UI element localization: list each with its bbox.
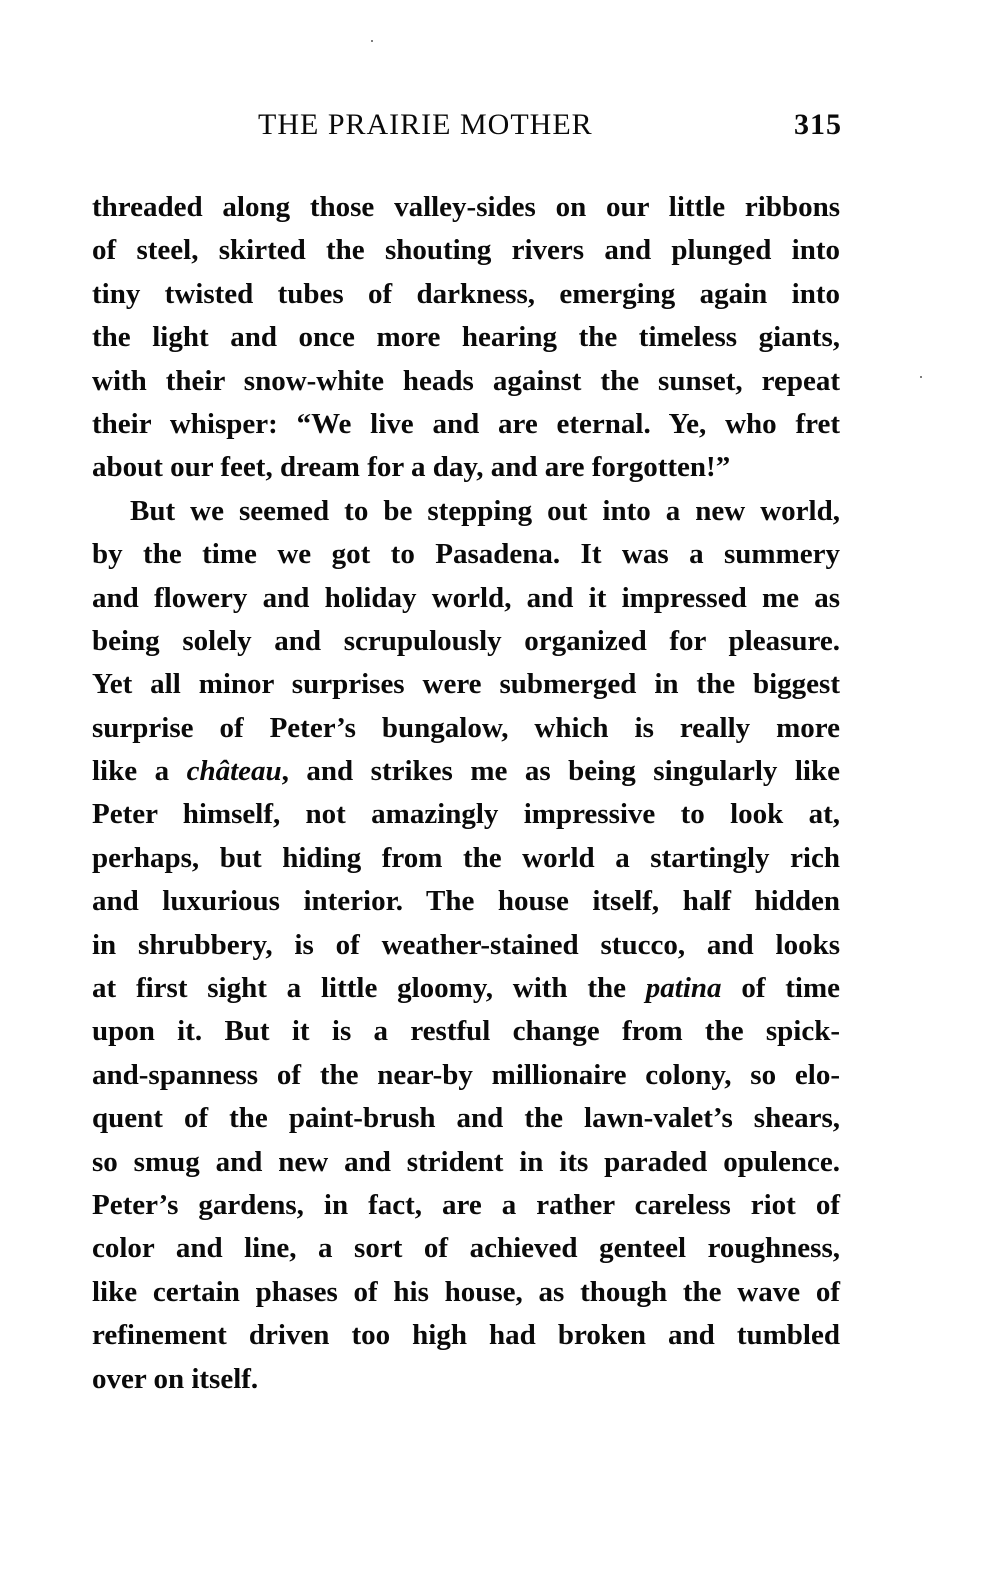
text-line: at first sight a little gloomy, with the… [92,967,840,1010]
text-line: over on itself. [92,1358,840,1401]
text-line: being solely and scrupulously organized … [92,620,840,663]
scan-speck [920,376,922,378]
italic-word-patina: patina [646,972,722,1004]
book-page: THE PRAIRIE MOTHER 315 threaded along th… [0,0,1000,1592]
text-line: Peter’s gardens, in fact, are a rather c… [92,1184,840,1227]
text-line: by the time we got to Pasadena. It was a… [92,533,840,576]
running-head: THE PRAIRIE MOTHER 315 [258,108,842,148]
text-line: tiny twisted tubes of darkness, emerging… [92,273,840,316]
text-line: color and line, a sort of achieved gente… [92,1227,840,1270]
italic-word-chateau: château [187,755,282,787]
line-text: at first sight a little gloomy, with the [92,972,646,1004]
line-text: like a [92,755,187,787]
line-text: , and strikes me as being singularly lik… [282,755,840,787]
text-line: and-spanness of the near-by millionaire … [92,1054,840,1097]
text-line: so smug and new and strident in its para… [92,1141,840,1184]
text-line: perhaps, but hiding from the world a sta… [92,837,840,880]
text-line: upon it. But it is a restful change from… [92,1010,840,1053]
running-title: THE PRAIRIE MOTHER [258,108,593,142]
text-line: refinement driven too high had broken an… [92,1314,840,1357]
body-text: threaded along those valley-sides on our… [92,186,840,1401]
text-line: and flowery and holiday world, and it im… [92,577,840,620]
text-line: their whisper: “We live and are eternal.… [92,403,840,446]
line-text: of time [722,972,840,1004]
text-line: quent of the paint-brush and the lawn-va… [92,1097,840,1140]
scan-speck [371,40,373,42]
text-line: threaded along those valley-sides on our… [92,186,840,229]
text-line: in shrubbery, is of weather-stained stuc… [92,924,840,967]
text-line: of steel, skirted the shouting rivers an… [92,229,840,272]
text-line: Peter himself, not amazingly impressive … [92,793,840,836]
text-line: surprise of Peter’s bungalow, which is r… [92,707,840,750]
page-number: 315 [794,108,842,142]
text-line: with their snow-white heads against the … [92,360,840,403]
text-line: Yet all minor surprises were submerged i… [92,663,840,706]
text-line: like a château, and strikes me as being … [92,750,840,793]
text-line: the light and once more hearing the time… [92,316,840,359]
text-line: about our feet, dream for a day, and are… [92,446,840,489]
paragraph-start-line: But we seemed to be stepping out into a … [92,490,840,533]
text-line: and luxurious interior. The house itself… [92,880,840,923]
text-line: like certain phases of his house, as tho… [92,1271,840,1314]
